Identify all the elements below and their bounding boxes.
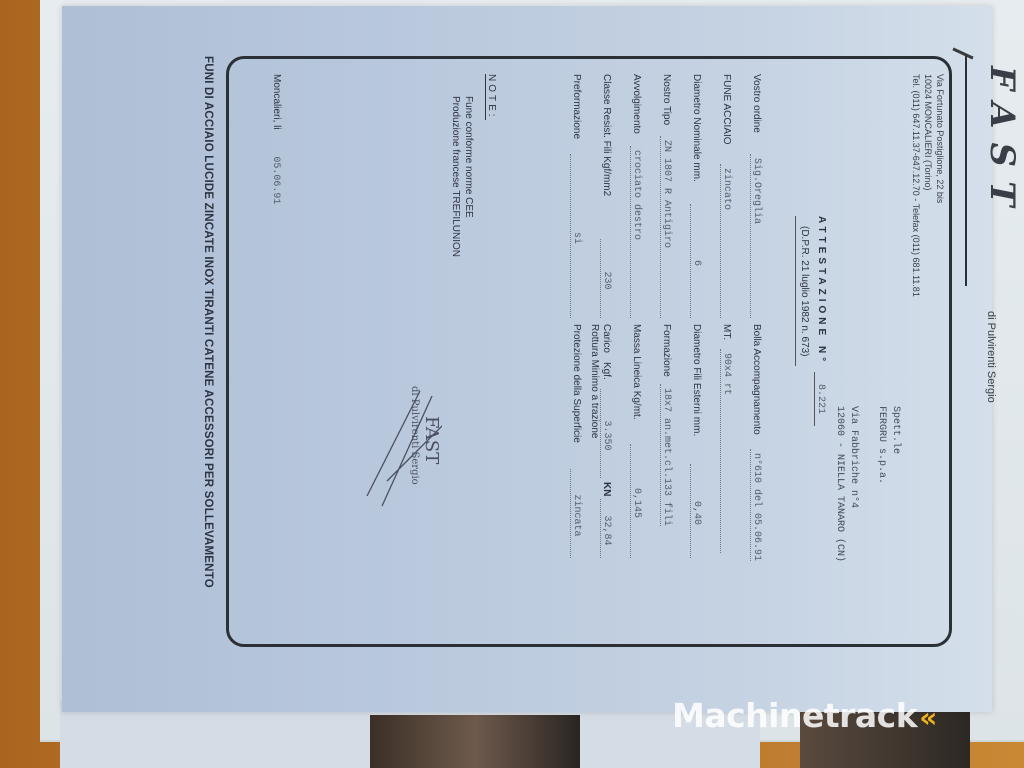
attestation-divider — [795, 216, 796, 366]
company-stamp-signature: FAST di Pulvirenti Sergio — [352, 386, 442, 516]
spec-row: FUNE ACCIAIO zincato MT. 90x4 rt — [702, 74, 732, 634]
place-date: Moncalieri, li 05.06.91 — [270, 74, 282, 204]
field-label: Carico — [601, 324, 612, 353]
spec-row: Nostro Tipo ZN 1807 R Antigiro Formazion… — [642, 74, 672, 634]
place-label: Moncalieri, li — [271, 74, 282, 130]
field-label: Classe Resist. Fili Kgf/mm2 — [601, 74, 612, 196]
spec-row: Vostro ordine Sig.Oreglia Bolla Accompag… — [732, 74, 762, 634]
field-value: 18x7 an.met.cl.133 fili — [660, 384, 672, 526]
spec-row: Avvolgimento crociato destro Massa Linei… — [612, 74, 642, 634]
spec-row: Preformazione si Protezione della Superf… — [552, 74, 582, 634]
watermark-text: Machinetrack — [672, 696, 917, 735]
field-sublabel: Rottura Minimo a trazione — [589, 324, 600, 439]
field-label: Nostro Tipo — [661, 74, 672, 125]
field-label: Diametro Nominale mm. — [691, 74, 702, 182]
address-line: Via Fortunato Postiglione, 22 bis — [934, 74, 946, 297]
note-line: Produzione francese TREFILUNION — [450, 96, 461, 257]
specification-table: Vostro ordine Sig.Oreglia Bolla Accompag… — [552, 74, 762, 634]
recipient-line: FERGRU s.p.a. — [874, 406, 888, 562]
field-value: crociato destro — [630, 146, 642, 318]
address-line: Tel. (011) 647.11.37-647.12.70 - Telefax… — [910, 74, 922, 297]
field-label: Diametro Fili Esterni mm. — [691, 324, 702, 436]
attestation-title: ATTESTAZIONE N° 8.221 — [815, 216, 827, 426]
field-label: Massa Lineica Kg/mt. — [631, 324, 642, 420]
footer-tagline: FUNI DI ACCIAIO LUCIDE ZINCATE INOX TIRA… — [202, 56, 214, 588]
recipient-address: Spett.le FERGRU s.p.a. Via Fabbriche n°4… — [832, 406, 902, 562]
field-value: 0,40 — [690, 464, 702, 558]
field-value: n°610 del 05.06.91 — [750, 449, 762, 561]
field-value: 32,84 — [600, 499, 612, 558]
attestation-number: 8.221 — [814, 372, 826, 426]
field-value: 0,145 — [630, 444, 642, 558]
note-line: Fune conforme norme CEE — [463, 96, 474, 218]
certificate-document: FAST di Pulvirenti Sergio Via Fortunato … — [152, 26, 1024, 676]
field-value: 6 — [690, 204, 702, 318]
field-unit: Kgf. — [601, 362, 612, 380]
chevron-icon: « — [919, 701, 931, 734]
notes-title: NOTE: — [485, 74, 497, 120]
company-owner: di Pulvirenti Sergio — [985, 311, 997, 403]
certificate-sheet: FAST di Pulvirenti Sergio Via Fortunato … — [62, 6, 992, 712]
field-label: MT. — [721, 324, 732, 340]
address-line: 10024 MONCALIERI (Torino) — [922, 74, 934, 297]
field-value: 230 — [600, 239, 612, 318]
field-label: Bolla Accompagnamento — [751, 324, 762, 435]
attestation-label: ATTESTAZIONE N° — [816, 216, 827, 365]
spec-row: Diametro Nominale mm. 6 Diametro Fili Es… — [672, 74, 702, 634]
spec-row: Classe Resist. Fili Kgf/mm2 230 Carico K… — [582, 74, 612, 634]
company-address: Via Fortunato Postiglione, 22 bis 10024 … — [910, 74, 946, 297]
recipient-line: 12060 - NIELLA TANARO (CN) — [832, 406, 846, 562]
field-label: Avvolgimento — [631, 74, 642, 134]
field-value: 3.350 — [600, 389, 612, 478]
field-value: si — [570, 154, 582, 318]
field-value: zincato — [720, 164, 732, 318]
field-value: ZN 1807 R Antigiro — [660, 136, 672, 318]
underlying-photo — [370, 715, 580, 768]
attestation-regulation: (D.P.R. 21 luglio 1982 n. 673) — [799, 226, 810, 356]
recipient-line — [860, 406, 874, 562]
watermark-logo: Machinetrack« — [672, 696, 931, 735]
field-label: Preformazione — [571, 74, 582, 139]
field-label: KN — [601, 482, 612, 496]
field-value: Sig.Oreglia — [750, 154, 762, 318]
recipient-line: Spett.le — [888, 406, 902, 562]
issue-date: 05.06.91 — [270, 156, 281, 204]
recipient-line: Via Fabbriche n°4 — [846, 406, 860, 562]
field-value: 90x4 rt — [720, 349, 732, 553]
signature-icon — [352, 386, 442, 516]
field-label: Formazione — [661, 324, 672, 377]
logo-divider — [965, 56, 967, 286]
company-logo: FAST — [982, 66, 1022, 220]
field-label: Vostro ordine — [751, 74, 762, 133]
field-label: Protezione della Superficie — [571, 324, 582, 443]
field-label: FUNE ACCIAIO — [721, 74, 732, 145]
field-value: zincata — [570, 469, 582, 558]
